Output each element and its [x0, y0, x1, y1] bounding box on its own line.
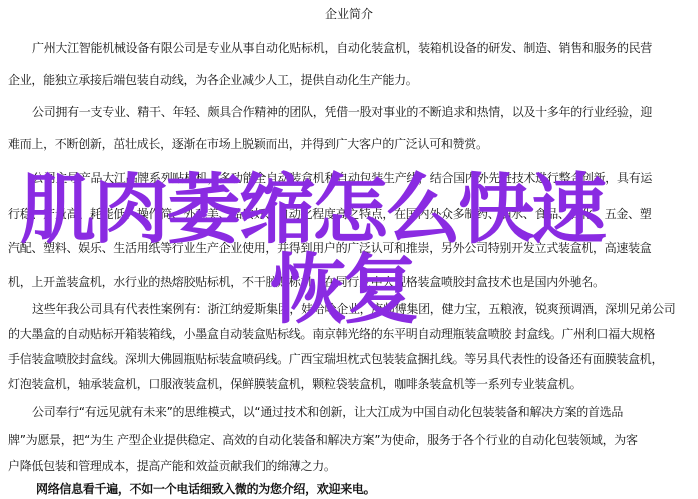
paragraph-5-line-1: 公司奉行“有远见就有未来”的思维模式，以“通过技术和创新，让大江成为中国自动化包…: [32, 404, 623, 420]
document-title: 企业简介: [0, 6, 698, 22]
paragraph-3-line-3: 汽配、塑料、娱乐、生活用纸等行业生产企业使用，并得到用户的广泛认可和推崇，另外公…: [8, 240, 652, 256]
paragraph-2-line-1: 公司拥有一支专业、精干、年轻、颇具合作精神的团队，凭借一股对事业的不断追求和热情…: [32, 104, 652, 120]
paragraph-4-line-4: 灯泡装盒机，轴承装盒机，口服液装盒机，保鲜膜装盒机，颗粒袋装盒机，咖啡条装盒机等…: [8, 376, 581, 392]
paragraph-5-line-2: 牌”为愿景，把“为生 产型企业提供稳定、高效的自动化装备和解决方案”为使命，服务…: [8, 432, 638, 448]
paragraph-1-line-1: 广州大江智能机械设备有限公司是专业从事自动化贴标机，自动化装盒机，装箱机设备的研…: [32, 40, 652, 56]
paragraph-4-line-3: 手信装盒喷胶封盒线。深圳大佛圆瓶贴标装盒喷码线。广西宝瑞坦枕式包装装盒捆扎线。等…: [8, 351, 663, 367]
paragraph-2-line-2: 难而上，不断创新，茁壮成长，逐渐在市场上脱颖而出，并得到广大客户的广泛认可和赞赏…: [8, 136, 488, 152]
paragraph-3-line-1: 公司主导产品大江品牌系列贴标机，多功能全自动装盒机和自动包装生产线，结合国内外先…: [32, 170, 652, 186]
paragraph-3-line-4: 机，上开盖装盒机，水行业的热熔胶贴标机，不干胶贴标机，在同行业中大规格装盒喷胶封…: [8, 274, 605, 290]
paragraph-5-line-3: 户降低包装和管理成本，提高产能和效益贡献我们的绵薄之力。: [8, 458, 336, 474]
contact-call-to-action: 网络信息看千遍，不如一个电话细致入微的为您介绍，欢迎来电。: [36, 481, 375, 497]
paragraph-4-line-1: 这些年我公司具有代表性案例有：浙江纳爱斯集团，娃哈哈企业，康师傅集团，健力宝，五…: [32, 301, 676, 317]
paragraph-4-line-2: 的大墨盒的自动贴标开箱装箱线，小墨盒自动装盒贴标线。南京韩光络的东平明自动理瓶装…: [8, 326, 655, 342]
paragraph-1-line-2: 企业，能独立承接后端包装自动线，为各企业减少人工，提供自动化生产能力。: [8, 72, 418, 88]
paragraph-3-line-2: 行稳、产量高、耗能低、操作简、外观美、品质好、自动化程度高之特点，在国内外众多制…: [8, 206, 652, 222]
